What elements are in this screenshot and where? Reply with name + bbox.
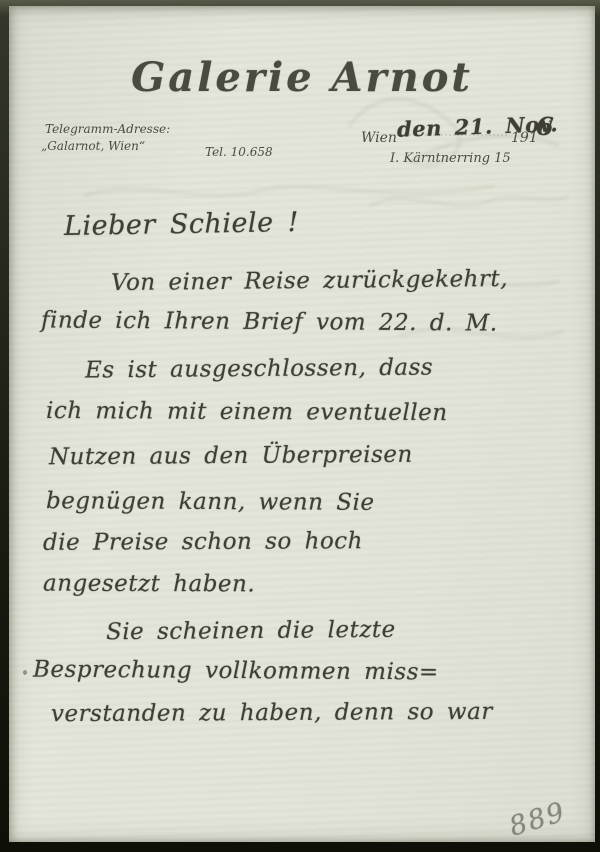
body-line: Von einer Reise zurückgekehrt, bbox=[111, 266, 508, 296]
body-line: begnügen kann, wenn Sie bbox=[46, 488, 375, 516]
body-line: ich mich mit einem eventuellen bbox=[46, 398, 448, 426]
body-line: die Preise schon so hoch bbox=[43, 528, 363, 556]
telegram-address-label: Telegramm-Adresse: bbox=[45, 122, 170, 136]
letter-paper: Galerie Arnot Telegramm-Adresse: „Galarn… bbox=[9, 6, 595, 842]
street-address: I. Kärntnerring 15 bbox=[390, 151, 511, 166]
body-line: angesetzt haben. bbox=[43, 571, 255, 598]
telegram-address-value: „Galarnot, Wien“ bbox=[41, 139, 145, 153]
printed-year-prefix: 191 bbox=[511, 130, 538, 146]
salutation: Lieber Schiele ! bbox=[64, 207, 299, 242]
body-line: Es ist ausgeschlossen, dass bbox=[85, 354, 433, 383]
handwritten-year-suffix: 6 bbox=[535, 112, 554, 142]
body-line: Nutzen aus den Überpreisen bbox=[49, 442, 413, 471]
city-label: Wien bbox=[361, 130, 397, 146]
archive-number: 889 bbox=[506, 796, 570, 842]
gallery-name: Galerie Arnot bbox=[9, 54, 595, 101]
stray-ink-mark bbox=[23, 670, 27, 675]
body-line: verstanden zu haben, denn so war bbox=[51, 699, 493, 727]
body-line: finde ich Ihren Brief vom 22. d. M. bbox=[41, 307, 498, 336]
body-line: Sie scheinen die letzte bbox=[106, 617, 396, 646]
letter-scan: Galerie Arnot Telegramm-Adresse: „Galarn… bbox=[0, 0, 600, 852]
body-line: Besprechung vollkommen miss= bbox=[33, 657, 439, 686]
telephone-number: Tel. 10.658 bbox=[205, 145, 273, 159]
